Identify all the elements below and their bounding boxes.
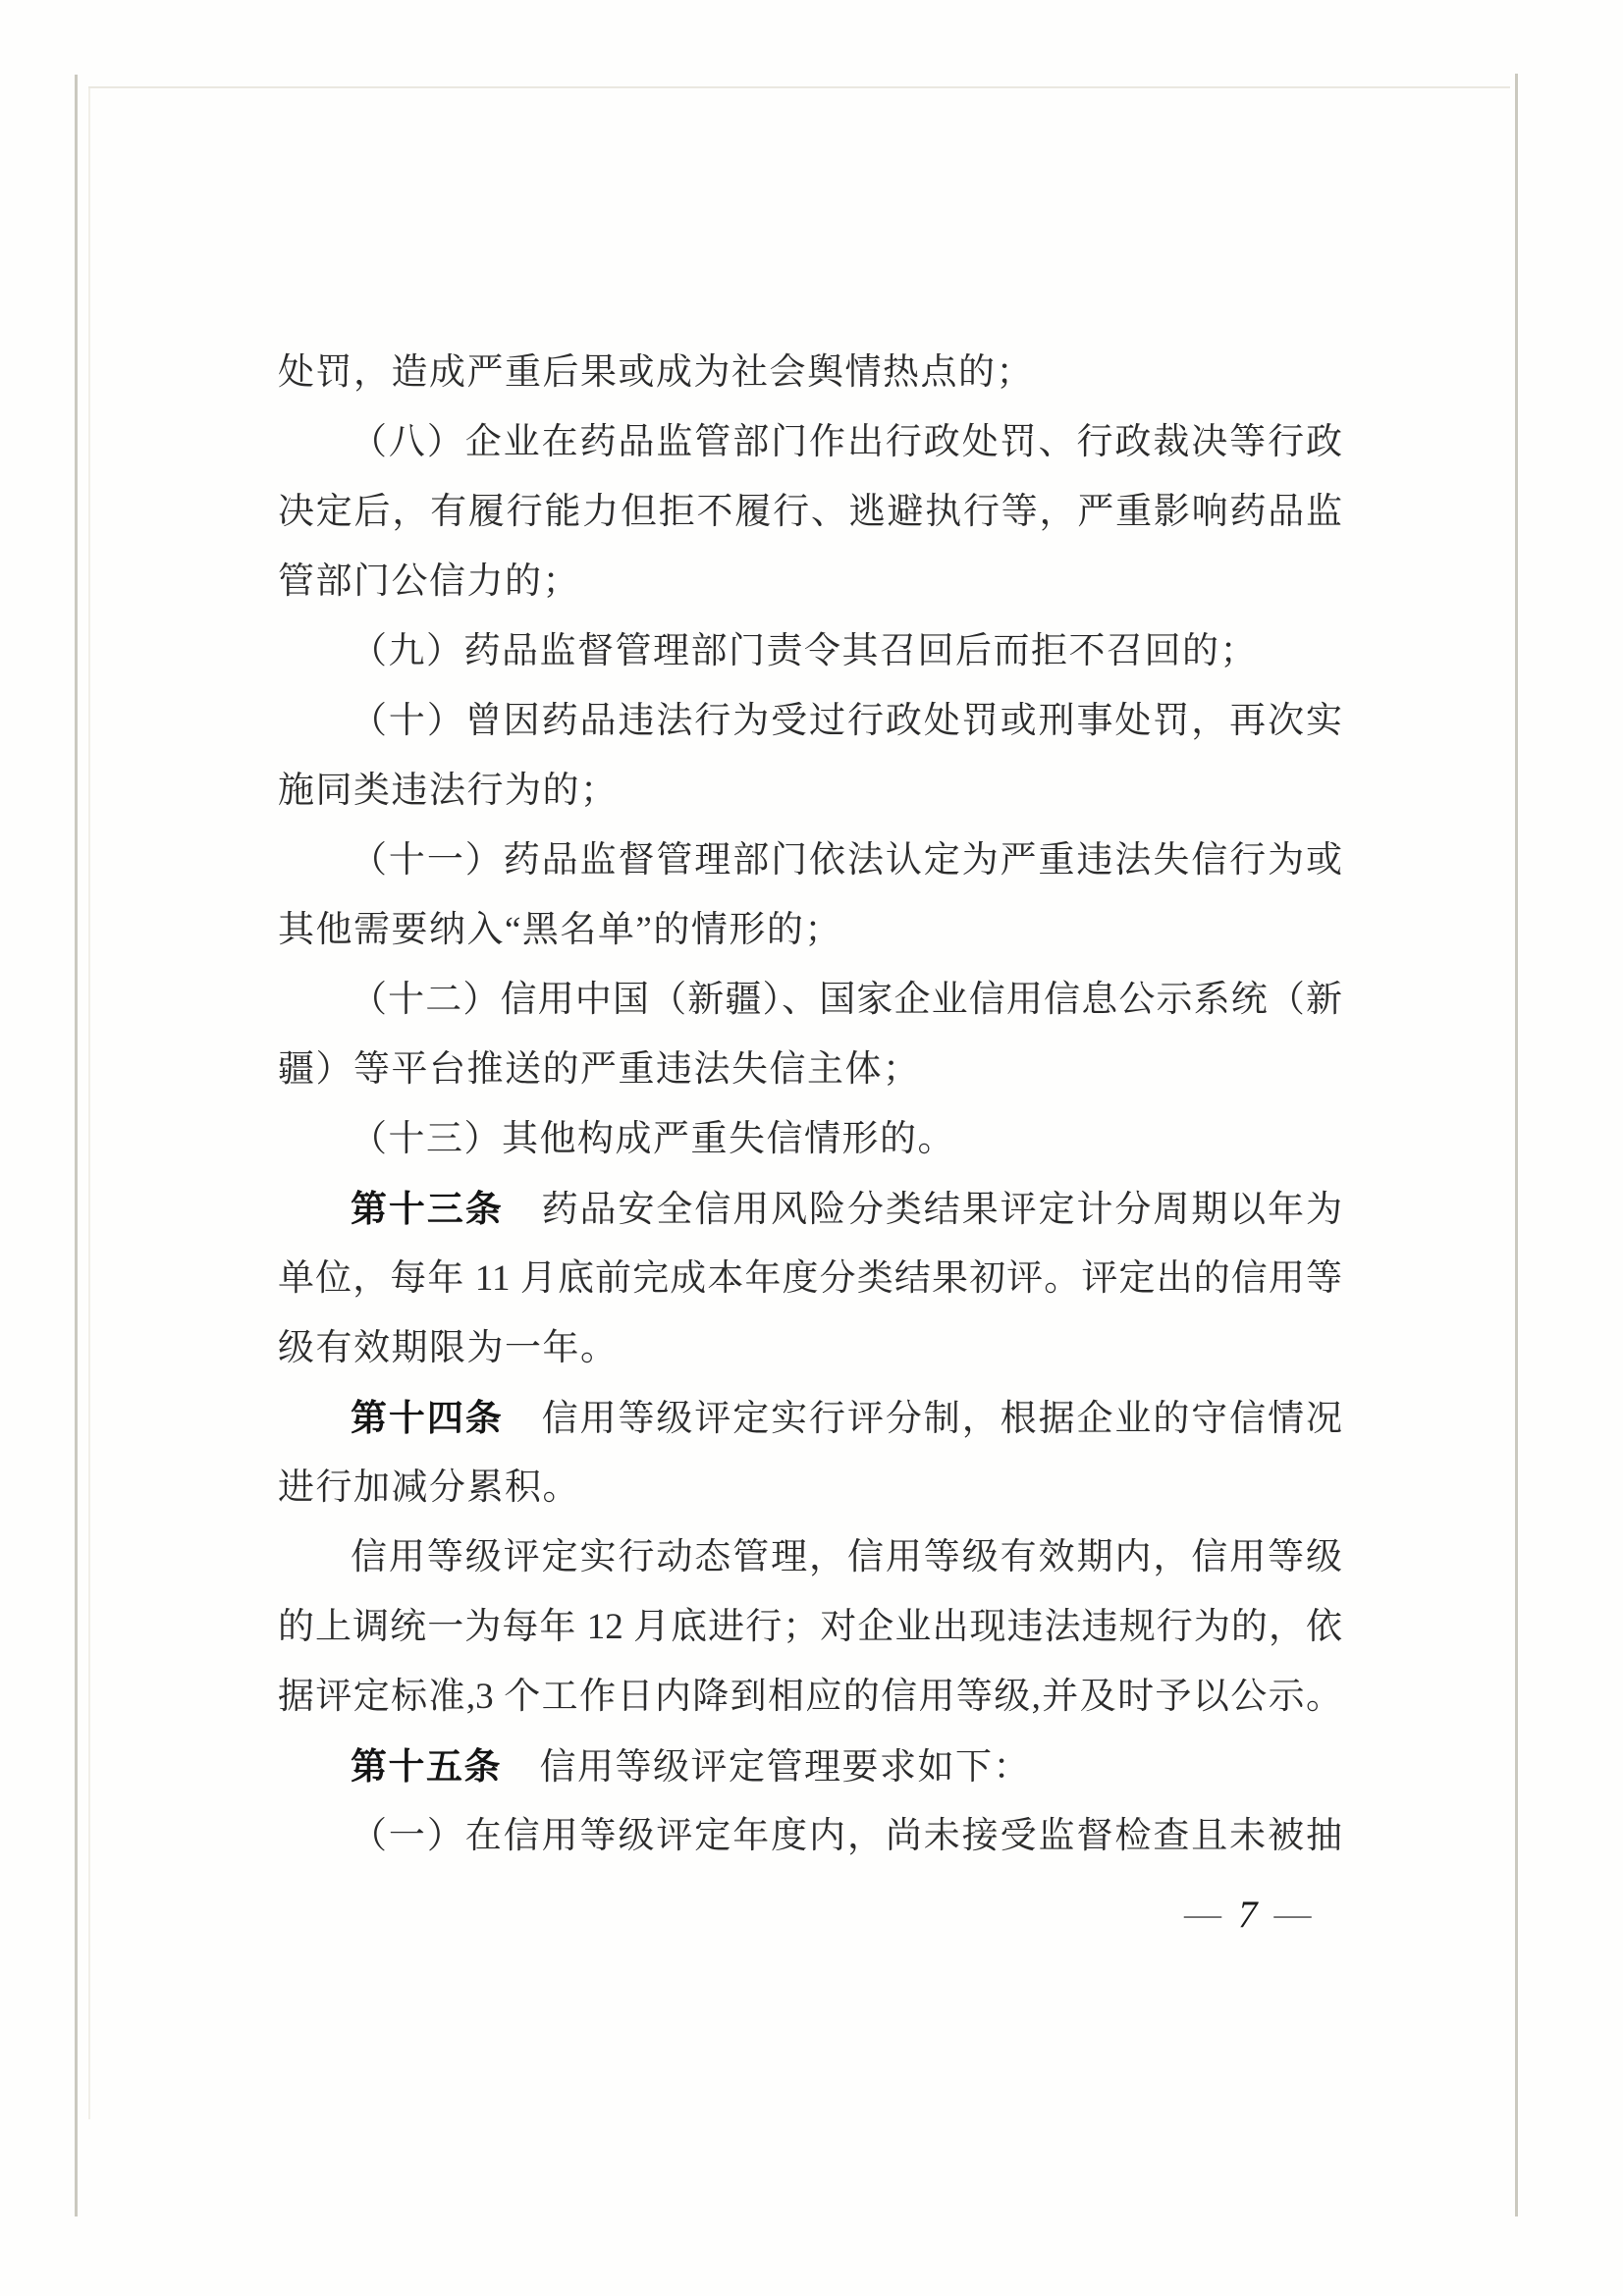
page-number-dash-left: — (1184, 1896, 1221, 1933)
text-line: 信用等级评定实行动态管理，信用等级有效期内，信用等级 (278, 1522, 1342, 1592)
line-text: 据评定标准,3 个工作日内降到相应的信用等级,并及时予以公示。 (278, 1677, 1342, 1717)
article-heading: 第十五条 (351, 1746, 502, 1787)
document-page: 处罚，造成严重后果或成为社会舆情热点的；（八）企业在药品监管部门作出行政处罚、行… (0, 0, 1623, 2296)
line-text: （九）药品监督管理部门责令其召回后而拒不召回的； (351, 631, 1258, 671)
line-text: 级有效期限为一年。 (278, 1328, 619, 1368)
text-line: 第十五条 信用等级评定管理要求如下： (278, 1732, 1342, 1801)
line-text: （八）企业在药品监管部门作出行政处罚、行政裁决等行政 (351, 422, 1342, 462)
text-line: （九）药品监督管理部门责令其召回后而拒不召回的； (278, 616, 1342, 686)
page-number-dash-right: — (1274, 1896, 1312, 1933)
line-text: 其他需要纳入“黑名单”的情形的； (278, 910, 842, 950)
line-text: 药品安全信用风险分类结果评定计分周期以年为 (504, 1190, 1342, 1230)
article-heading: 第十四条 (351, 1398, 504, 1438)
page-number-value: 7 (1238, 1896, 1258, 1934)
article-heading: 第十三条 (351, 1189, 504, 1229)
text-line: 管部门公信力的； (278, 547, 1342, 616)
paper-left-edge (88, 88, 90, 2119)
line-text: （一）在信用等级评定年度内，尚未接受监督检查且未被抽 (351, 1816, 1342, 1856)
line-text: 单位，每年 11 月底前完成本年度分类结果初评。评定出的信用等 (278, 1258, 1342, 1299)
line-text: 信用等级评定实行评分制，根据企业的守信情况 (504, 1399, 1342, 1439)
text-line: 进行加减分累积。 (278, 1453, 1342, 1522)
line-text: 处罚，造成严重后果或成为社会舆情热点的； (278, 352, 1034, 393)
text-line: 决定后，有履行能力但拒不履行、逃避执行等，严重影响药品监 (278, 477, 1342, 547)
text-line: （一）在信用等级评定年度内，尚未接受监督检查且未被抽 (278, 1801, 1342, 1871)
scan-edge-right (1515, 74, 1518, 2216)
line-text: 信用等级评定实行动态管理，信用等级有效期内，信用等级 (351, 1537, 1342, 1577)
text-line: （十）曾因药品违法行为受过行政处罚或刑事处罚，再次实 (278, 686, 1342, 756)
line-text: （十三）其他构成严重失信情形的。 (351, 1119, 955, 1159)
paper-top-edge (88, 86, 1510, 88)
scan-edge-left (75, 75, 78, 2216)
text-line: 第十四条 信用等级评定实行评分制，根据企业的守信情况 (278, 1383, 1342, 1453)
text-line: 处罚，造成严重后果或成为社会舆情热点的； (278, 338, 1342, 407)
line-text: 的上调统一为每年 12 月底进行；对企业出现违法违规行为的，依 (278, 1607, 1342, 1647)
text-block: 处罚，造成严重后果或成为社会舆情热点的；（八）企业在药品监管部门作出行政处罚、行… (278, 338, 1342, 1871)
line-text: 管部门公信力的； (278, 561, 580, 602)
line-text: 信用等级评定管理要求如下： (502, 1747, 1031, 1788)
line-text: 进行加减分累积。 (278, 1468, 580, 1508)
text-line: 单位，每年 11 月底前完成本年度分类结果初评。评定出的信用等 (278, 1244, 1342, 1313)
text-line: 疆）等平台推送的严重违法失信主体； (278, 1035, 1342, 1104)
text-line: 级有效期限为一年。 (278, 1313, 1342, 1383)
text-line: （十一）药品监督管理部门依法认定为严重违法失信行为或 (278, 826, 1342, 895)
line-text: （十一）药品监督管理部门依法认定为严重违法失信行为或 (351, 840, 1342, 881)
line-text: （十）曾因药品违法行为受过行政处罚或刑事处罚，再次实 (351, 701, 1342, 741)
text-line: 其他需要纳入“黑名单”的情形的； (278, 895, 1342, 965)
page-number: — 7 — (1184, 1889, 1312, 1940)
line-text: 疆）等平台推送的严重违法失信主体； (278, 1049, 921, 1090)
text-line: 第十三条 药品安全信用风险分类结果评定计分周期以年为 (278, 1174, 1342, 1244)
text-line: 的上调统一为每年 12 月底进行；对企业出现违法违规行为的，依 (278, 1592, 1342, 1662)
text-line: 施同类违法行为的； (278, 756, 1342, 826)
line-text: 决定后，有履行能力但拒不履行、逃避执行等，严重影响药品监 (278, 492, 1342, 532)
line-text: （十二）信用中国（新疆）、国家企业信用信息公示系统（新 (351, 980, 1342, 1020)
line-text: 施同类违法行为的； (278, 771, 619, 811)
text-line: （八）企业在药品监管部门作出行政处罚、行政裁决等行政 (278, 407, 1342, 477)
text-line: （十三）其他构成严重失信情形的。 (278, 1104, 1342, 1174)
text-line: （十二）信用中国（新疆）、国家企业信用信息公示系统（新 (278, 965, 1342, 1035)
text-line: 据评定标准,3 个工作日内降到相应的信用等级,并及时予以公示。 (278, 1662, 1342, 1732)
